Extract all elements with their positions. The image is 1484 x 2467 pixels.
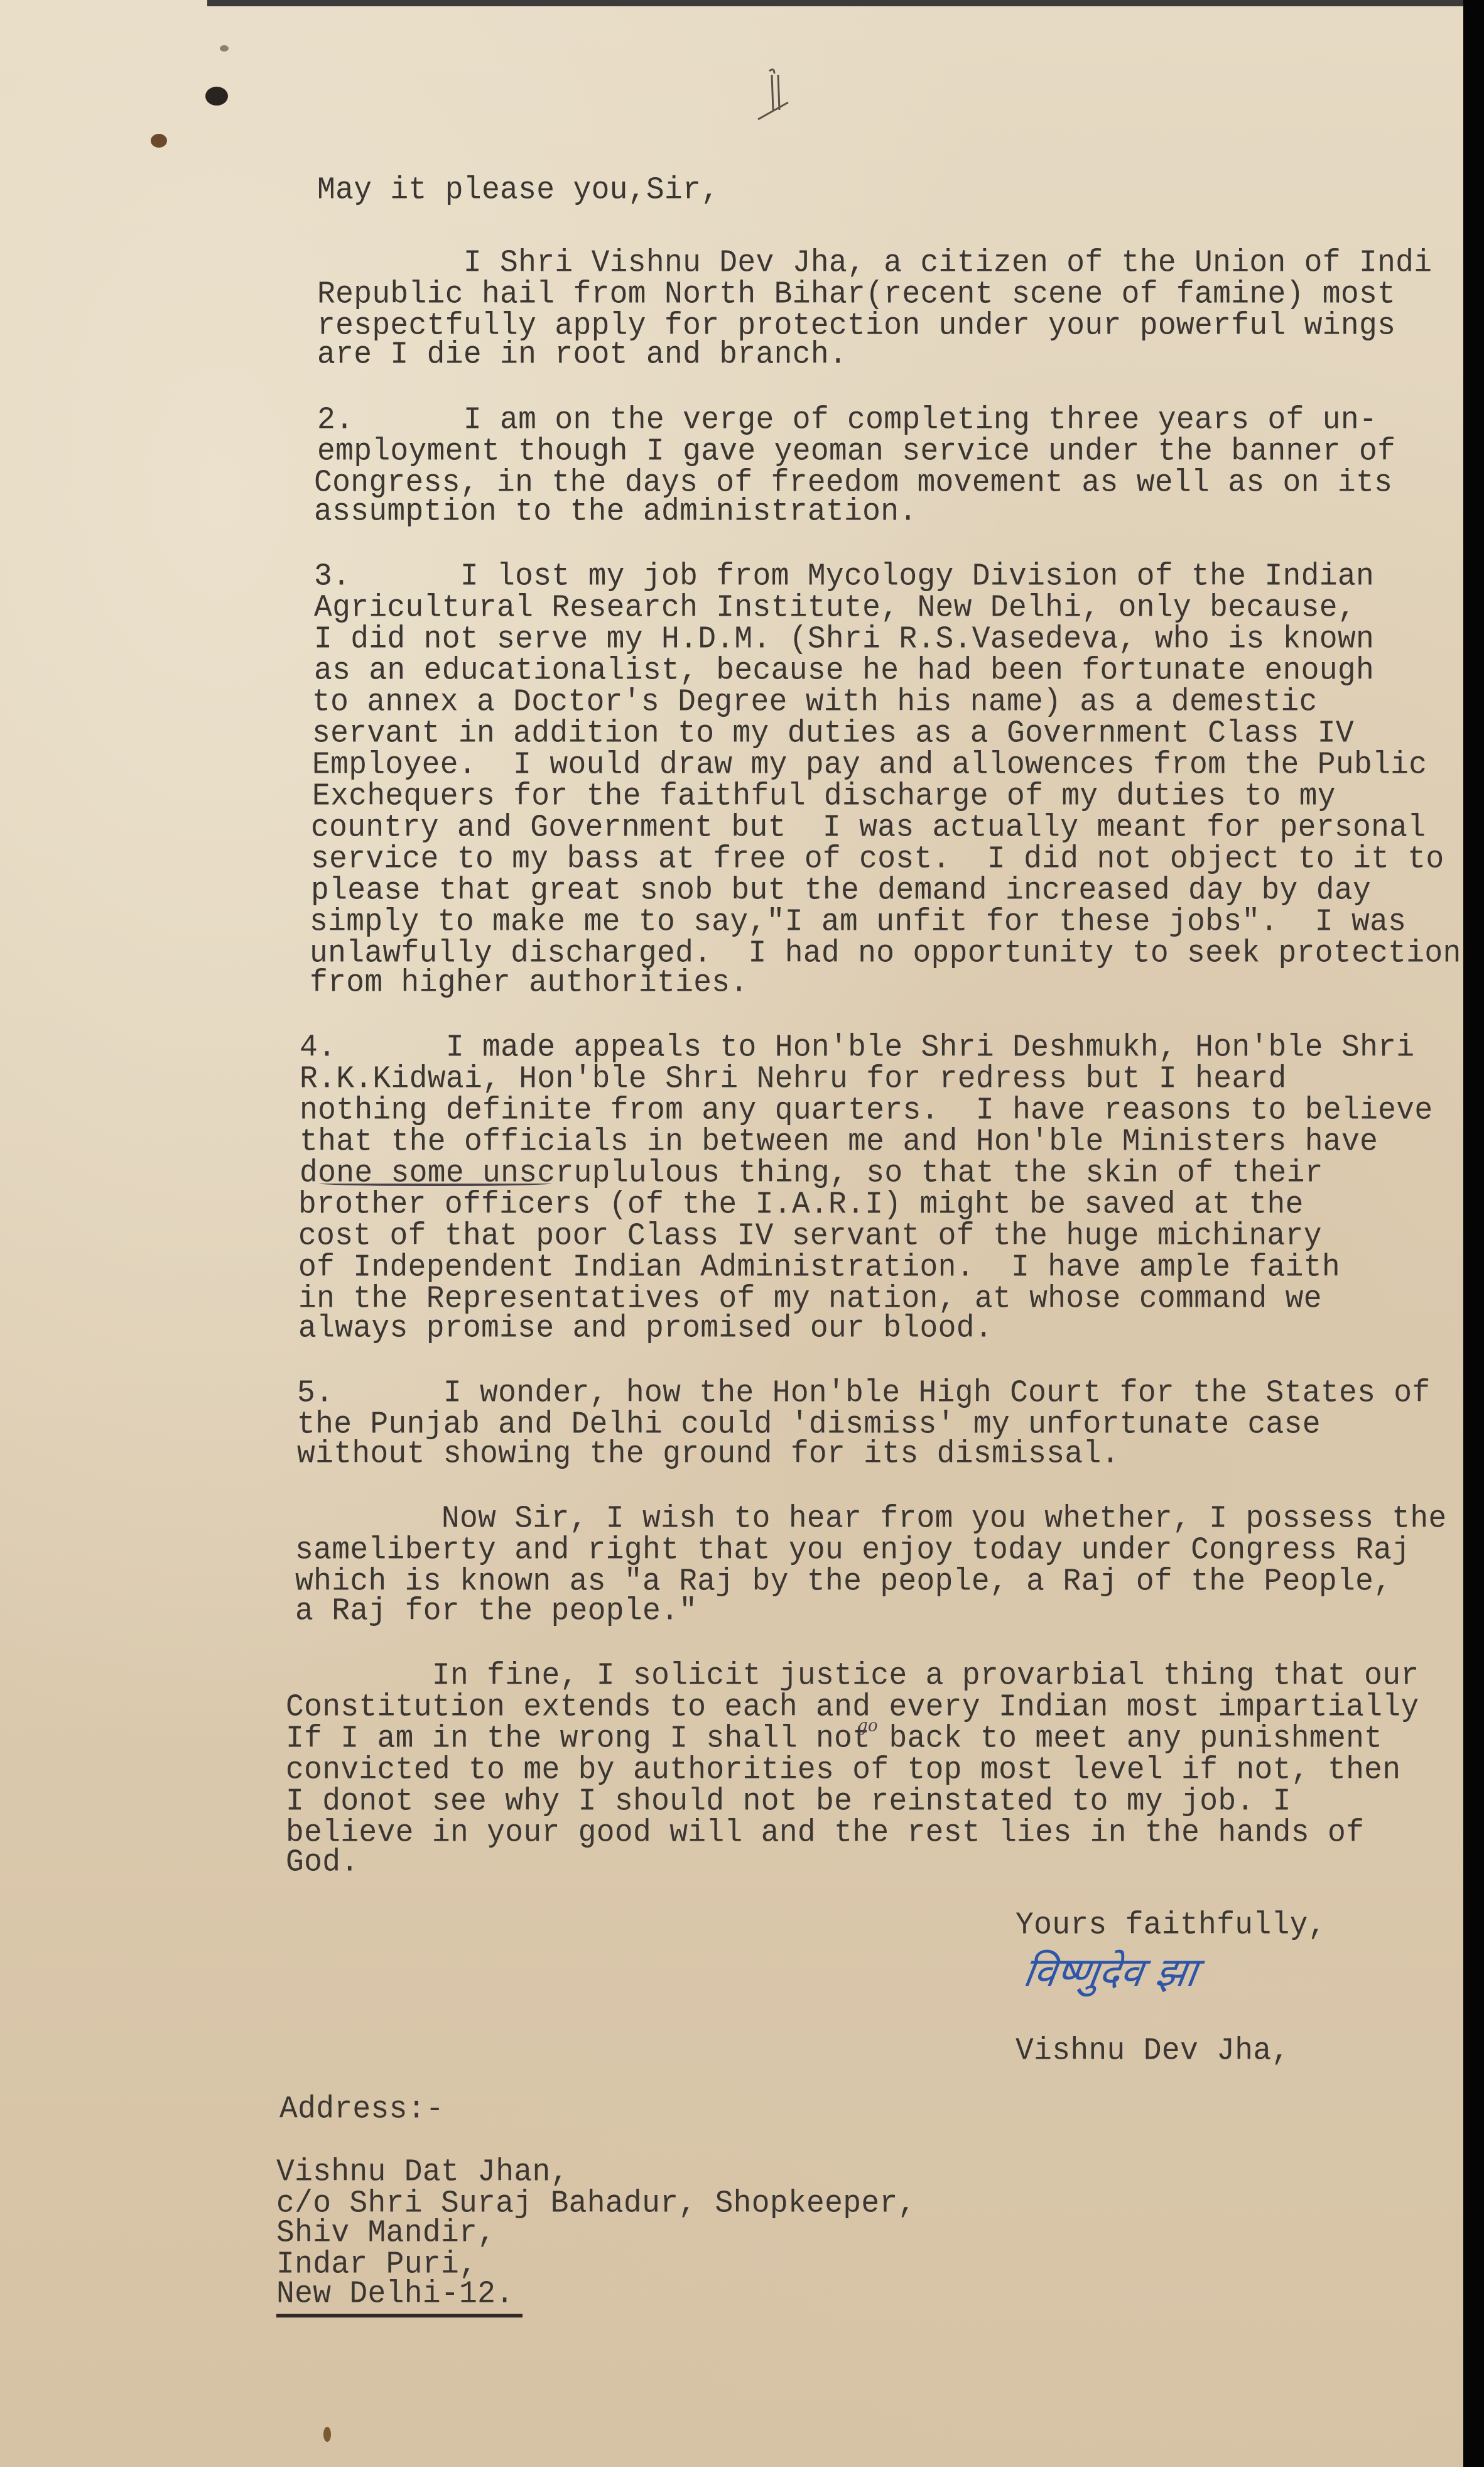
- punch-hole: [151, 134, 167, 148]
- punch-hole: [205, 87, 228, 106]
- paragraph-now-sir-line: a Raj for the people.": [295, 1595, 697, 1628]
- address-label: Address:-: [279, 2093, 444, 2127]
- signature: विष्णुदेव झा: [1021, 1957, 1199, 1988]
- handwritten-underline: [319, 1181, 551, 1186]
- paragraph-5-line: 5. I wonder, how the Hon'ble High Court …: [297, 1377, 1431, 1410]
- paragraph-1-line: are I die in root and branch.: [317, 339, 847, 372]
- paragraph-3-line: as an educationalist, because he had bee…: [314, 655, 1374, 688]
- paragraph-2-line: employment though I gave yeoman service …: [317, 435, 1395, 469]
- address-underline: [276, 2314, 523, 2317]
- paragraph-3-line: servant in addition to my duties as a Go…: [312, 717, 1354, 751]
- paragraph-3-line: Agricultural Research Institute, New Del…: [314, 592, 1356, 625]
- top-scan-edge: [207, 0, 1463, 6]
- paragraph-in-fine-line: believe in your good will and the rest l…: [286, 1817, 1364, 1850]
- paragraph-now-sir-line: sameliberty and right that you enjoy tod…: [295, 1534, 1410, 1567]
- paragraph-4-line: R.K.Kidwai, Hon'ble Shri Nehru for redre…: [300, 1063, 1287, 1096]
- paragraph-in-fine-line: I donot see why I should not be reinstat…: [286, 1785, 1291, 1819]
- paragraph-in-fine-line: God.: [286, 1846, 359, 1880]
- paragraph-in-fine-line: convicted to me by authorities of top mo…: [286, 1754, 1400, 1787]
- paragraph-4-line: nothing definite from any quarters. I ha…: [300, 1094, 1433, 1128]
- paragraph-3-line: from higher authorities.: [310, 967, 749, 1000]
- paragraph-now-sir-line: Now Sir, I wish to hear from you whether…: [295, 1503, 1447, 1536]
- paragraph-1-line: I Shri Vishnu Dev Jha, a citizen of the …: [317, 247, 1432, 280]
- salutation: May it please you,Sir,: [317, 174, 719, 207]
- signer-name: Vishnu Dev Jha,: [1016, 2035, 1290, 2068]
- paragraph-5-line: without showing the ground for its dismi…: [297, 1438, 1120, 1471]
- paragraph-4-line: 4. I made appeals to Hon'ble Shri Deshmu…: [300, 1032, 1414, 1065]
- punch-hole: [220, 45, 229, 52]
- address-line: Shiv Mandir,: [276, 2217, 496, 2250]
- paragraph-in-fine-line: If I am in the wrong I shall not back to…: [286, 1723, 1382, 1756]
- address-line: Vishnu Dat Jhan,: [276, 2156, 569, 2189]
- page-number-mark-icon: [757, 66, 794, 126]
- paragraph-4-line: brother officers (of the I.A.R.I) might …: [298, 1189, 1304, 1222]
- paragraph-1-line: Republic hail from North Bihar(recent sc…: [317, 278, 1395, 312]
- closing: Yours faithfully,: [1016, 1909, 1326, 1942]
- paragraph-3-line: I did not serve my H.D.M. (Shri R.S.Vase…: [314, 623, 1374, 656]
- paragraph-2-line: 2. I am on the verge of completing three…: [317, 404, 1377, 437]
- paragraph-in-fine-line: In fine, I solicit justice a provarbial …: [286, 1660, 1419, 1693]
- paragraph-3-line: simply to make me to say,"I am unfit for…: [310, 906, 1406, 939]
- paragraph-4-line: of Independent Indian Administration. I …: [298, 1251, 1340, 1285]
- ink-stain: [323, 2427, 331, 2442]
- handwritten-insert: go: [857, 1709, 878, 1743]
- paragraph-in-fine-line: Constitution extends to each and every I…: [286, 1691, 1419, 1724]
- paragraph-4-line: that the officials in between me and Hon…: [300, 1126, 1378, 1159]
- paragraph-4-line: always promise and promised our blood.: [298, 1312, 993, 1346]
- paragraph-3-line: service to my bass at free of cost. I di…: [311, 843, 1444, 876]
- paragraph-4-line: cost of that poor Class IV servant of th…: [298, 1220, 1322, 1253]
- paragraph-3-line: to annex a Doctor's Degree with his name…: [312, 686, 1318, 719]
- paragraph-3-line: Exchequers for the faithful discharge of…: [312, 780, 1336, 814]
- right-scan-edge: [1463, 0, 1484, 2467]
- paragraph-3-line: 3. I lost my job from Mycology Division …: [314, 560, 1374, 594]
- paragraph-3-line: Employee. I would draw my pay and allowe…: [312, 749, 1427, 782]
- address-line: New Delhi-12.: [276, 2278, 514, 2311]
- paragraph-2-line: assumption to the administration.: [314, 496, 917, 529]
- paragraph-3-line: please that great snob but the demand in…: [311, 874, 1371, 908]
- paragraph-3-line: country and Government but I was actuall…: [311, 812, 1426, 845]
